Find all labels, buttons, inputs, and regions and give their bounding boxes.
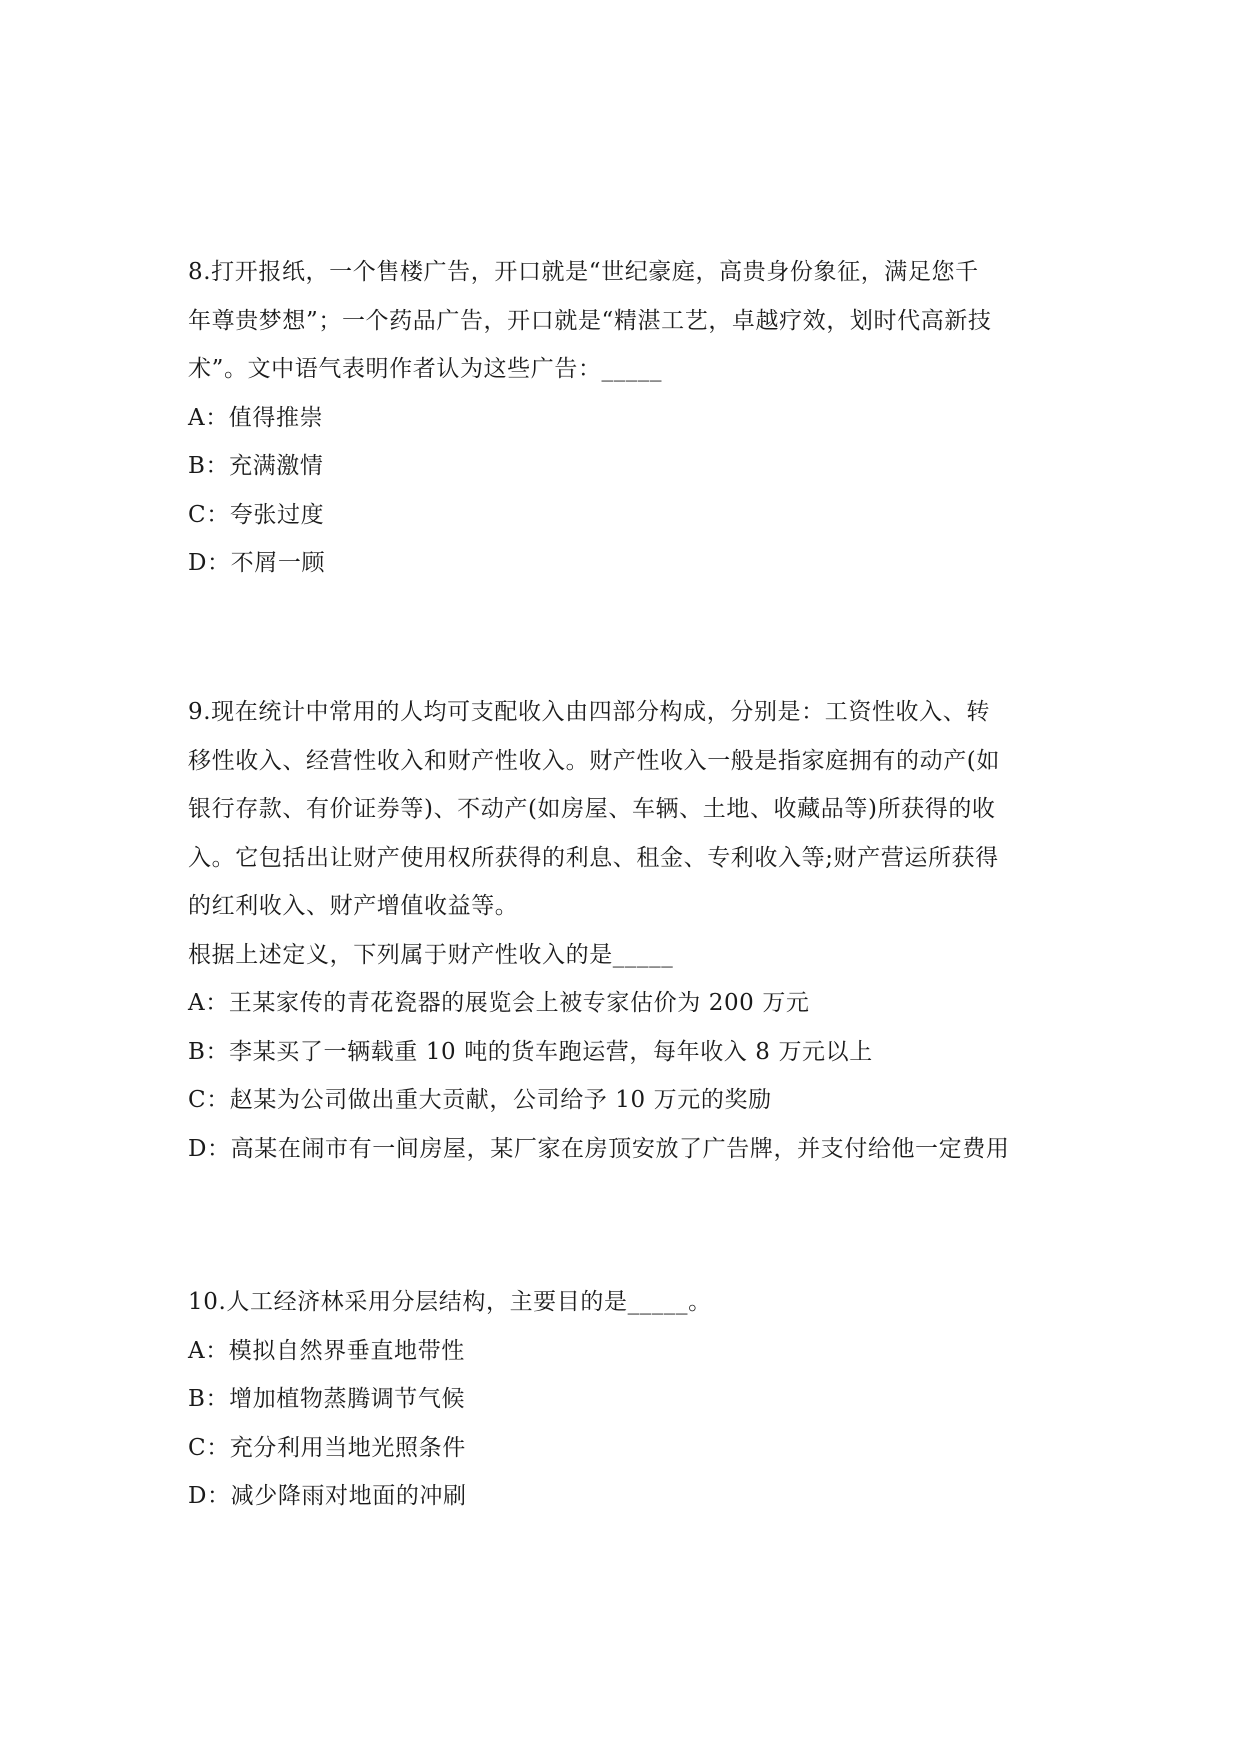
option-a: A：王某家传的青花瓷器的展览会上被专家估价为 200 万元 [188,979,1068,1028]
question-prompt: 根据上述定义，下列属于财产性收入的是_____ [188,931,1068,980]
option-a: A：值得推崇 [188,394,1068,443]
option-d: D：不屑一顾 [188,539,1068,588]
question-stem-line: 入。它包括出让财产使用权所获得的利息、租金、专利收入等;财产营运所获得 [188,834,1068,883]
option-d: D：高某在闹市有一间房屋，某厂家在房顶安放了广告牌，并支付给他一定费用 [188,1125,1068,1174]
question-stem-line: 移性收入、经营性收入和财产性收入。财产性收入一般是指家庭拥有的动产(如 [188,737,1068,786]
question-stem-line: 10.人工经济林采用分层结构，主要目的是_____。 [188,1278,1068,1327]
question-stem-line: 的红利收入、财产增值收益等。 [188,882,1068,931]
option-d: D：减少降雨对地面的冲刷 [188,1472,1068,1521]
question-stem-line: 9.现在统计中常用的人均可支配收入由四部分构成，分别是：工资性收入、转 [188,688,1068,737]
option-c: C：赵某为公司做出重大贡献，公司给予 10 万元的奖励 [188,1076,1068,1125]
question-stem-line: 年尊贵梦想”；一个药品广告，开口就是“精湛工艺，卓越疗效，划时代高新技 [188,297,1068,346]
document-page: 8.打开报纸，一个售楼广告，开口就是“世纪豪庭，高贵身份象征，满足您千 年尊贵梦… [0,0,1240,1753]
question-stem-line: 术”。文中语气表明作者认为这些广告：_____ [188,345,1068,394]
option-c: C：夸张过度 [188,491,1068,540]
question-8: 8.打开报纸，一个售楼广告，开口就是“世纪豪庭，高贵身份象征，满足您千 年尊贵梦… [188,248,1068,588]
option-c: C：充分利用当地光照条件 [188,1424,1068,1473]
question-stem-line: 8.打开报纸，一个售楼广告，开口就是“世纪豪庭，高贵身份象征，满足您千 [188,248,1068,297]
option-b: B：增加植物蒸腾调节气候 [188,1375,1068,1424]
option-b: B：充满激情 [188,442,1068,491]
question-10: 10.人工经济林采用分层结构，主要目的是_____。 A：模拟自然界垂直地带性 … [188,1278,1068,1521]
option-a: A：模拟自然界垂直地带性 [188,1327,1068,1376]
question-9: 9.现在统计中常用的人均可支配收入由四部分构成，分别是：工资性收入、转 移性收入… [188,688,1068,1173]
option-b: B：李某买了一辆载重 10 吨的货车跑运营，每年收入 8 万元以上 [188,1028,1068,1077]
question-stem-line: 银行存款、有价证券等)、不动产(如房屋、车辆、土地、收藏品等)所获得的收 [188,785,1068,834]
